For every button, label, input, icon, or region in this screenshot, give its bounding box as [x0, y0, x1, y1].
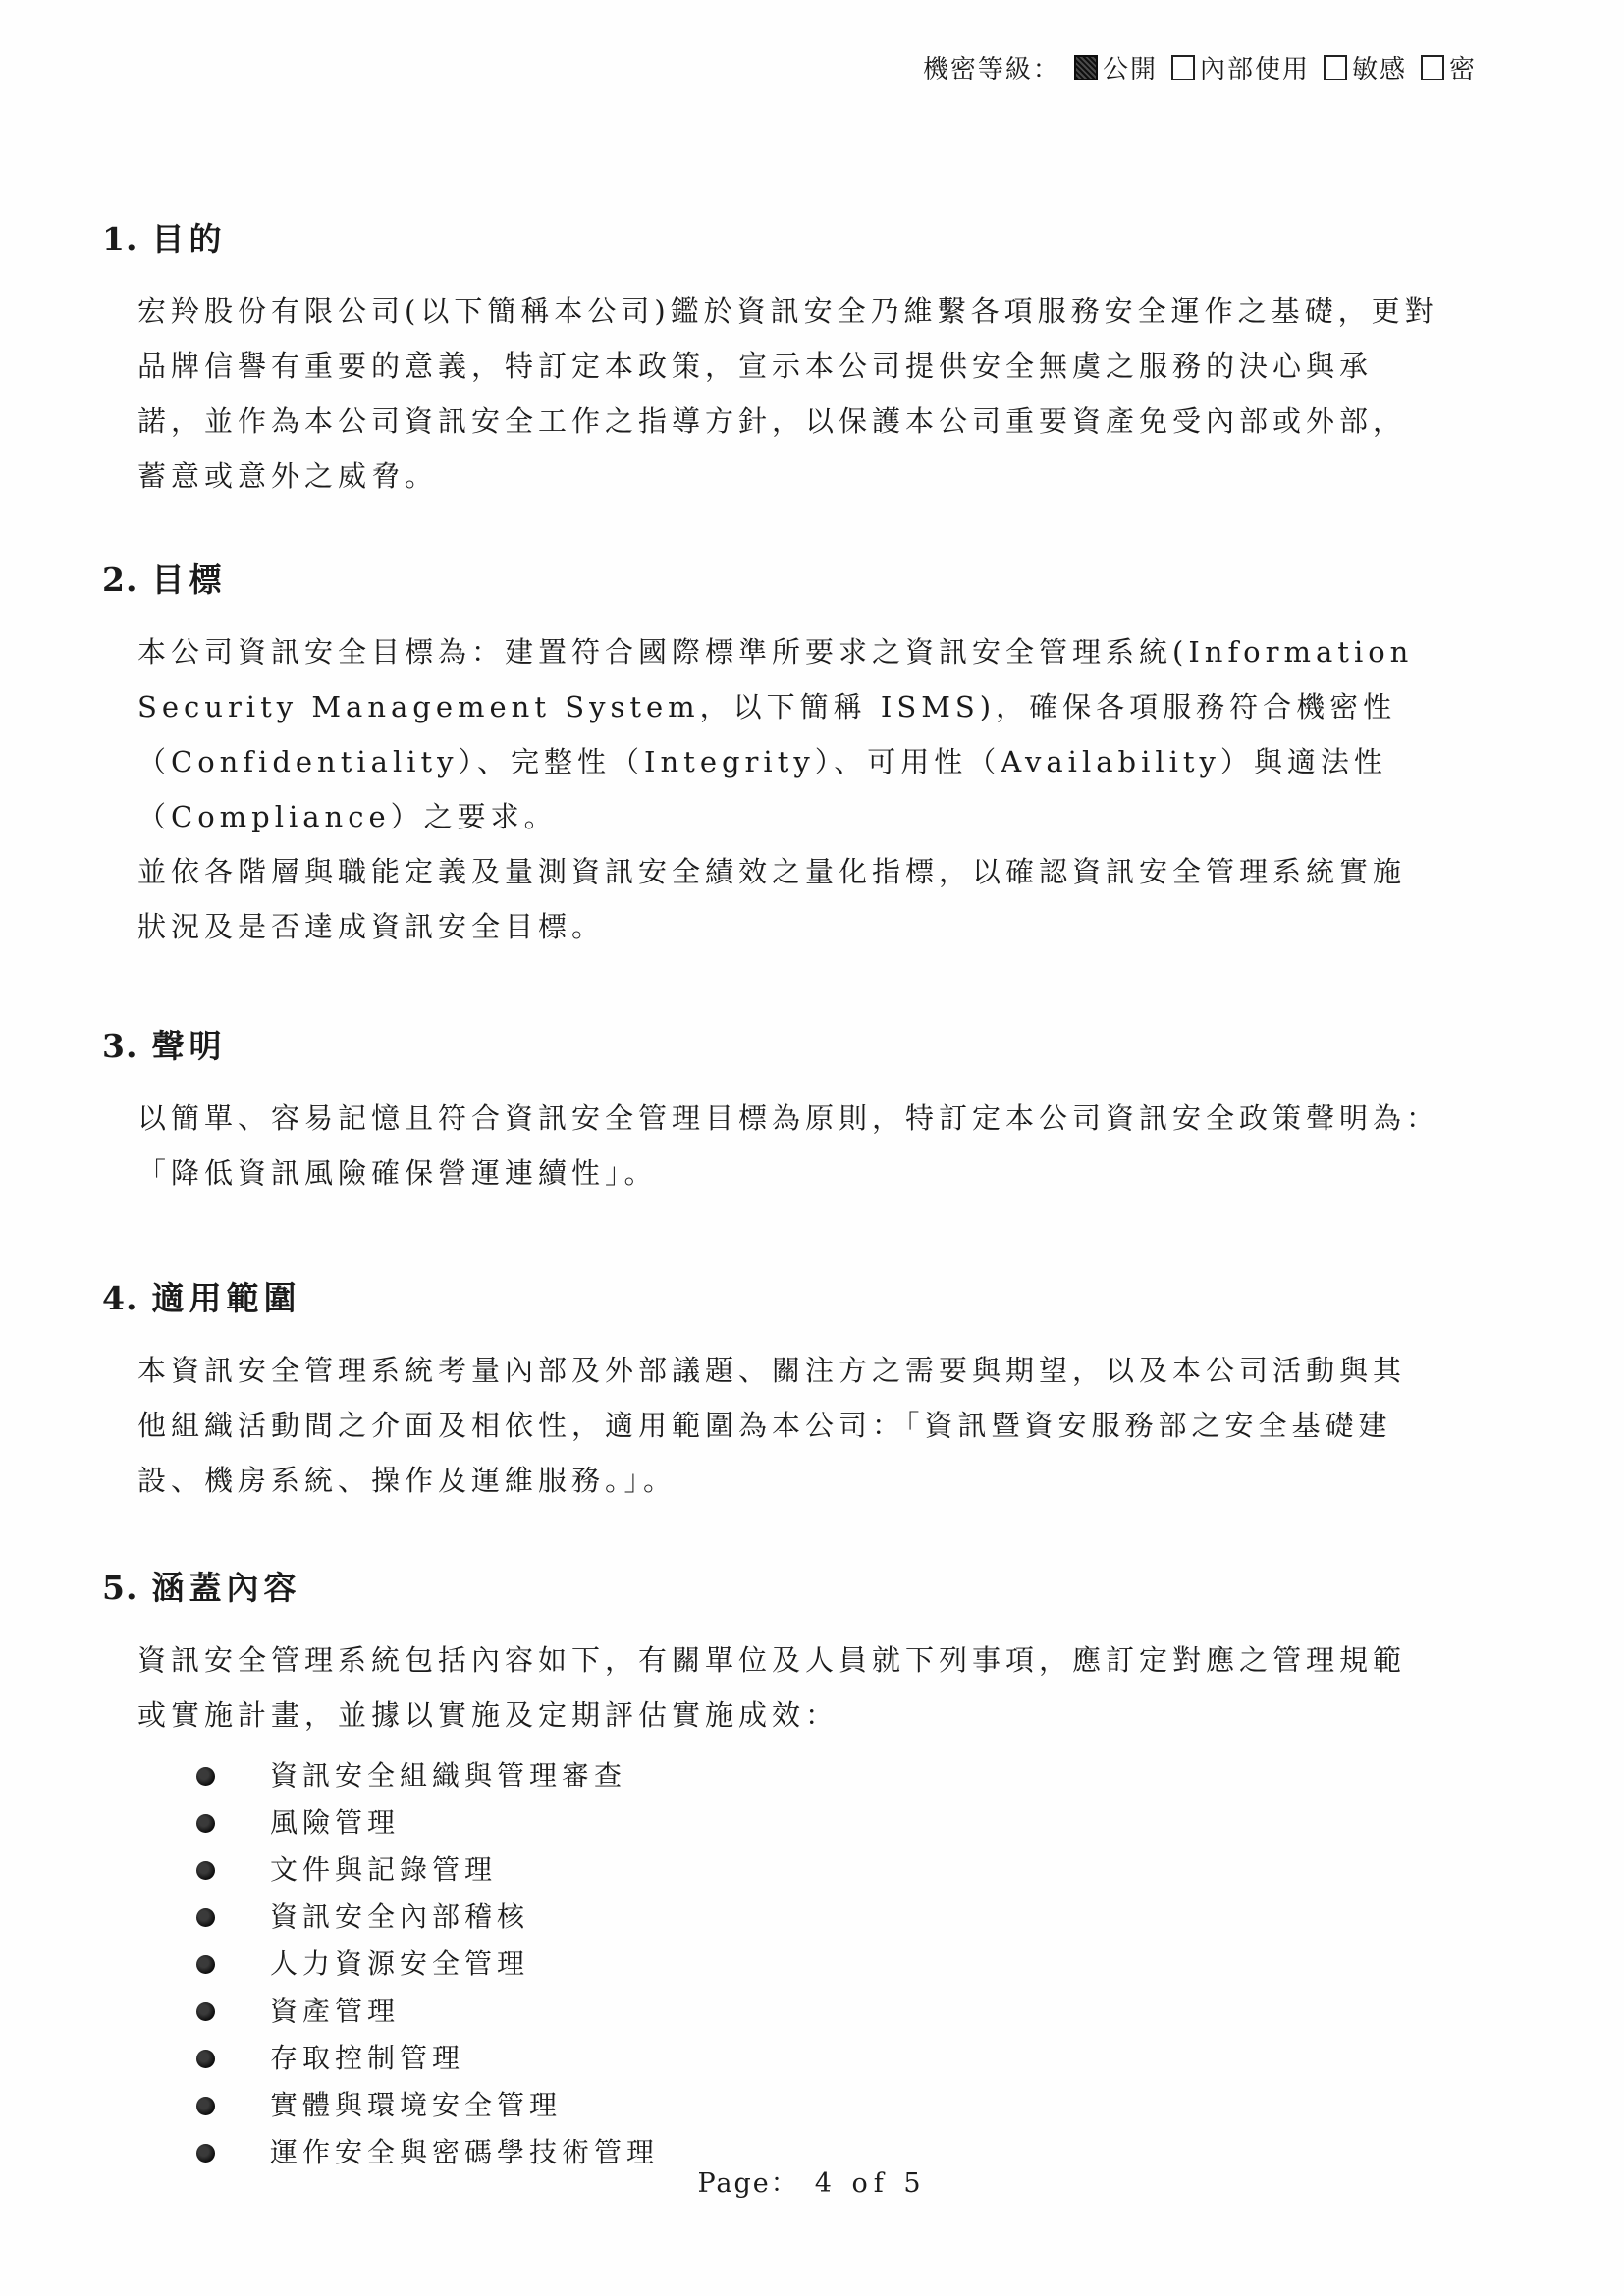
- section-purpose: 1.目的 宏羚股份有限公司(以下簡稱本公司)鑑於資訊安全乃維繫各項服務安全運作之…: [102, 214, 1526, 504]
- paragraph-line: 設、機房系統、操作及運維服務。」。: [137, 1453, 1526, 1508]
- section-paragraph: 本公司資訊安全目標為：建置符合國際標準所要求之資訊安全管理系統(Informat…: [137, 624, 1526, 954]
- page-footer: Page：4 of 5: [0, 2162, 1624, 2200]
- section-title-text: 適用範圍: [151, 1279, 300, 1317]
- classification-option-secret-label: 密: [1449, 49, 1477, 85]
- list-item: 資訊安全組織與管理審查: [196, 1752, 1526, 1799]
- classification-option-public: 公開: [1074, 49, 1158, 85]
- list-item: 實體與環境安全管理: [196, 2082, 1526, 2129]
- paragraph-line: （Confidentiality）、完整性（Integrity）、可用性（Ava…: [137, 734, 1526, 789]
- bullet-icon: [196, 1955, 215, 1974]
- checkbox-public-icon: [1074, 55, 1098, 80]
- section-number: 3.: [102, 1027, 137, 1065]
- section-paragraph: 本資訊安全管理系統考量內部及外部議題、關注方之需要與期望，以及本公司活動與其 他…: [137, 1343, 1526, 1508]
- checkbox-internal-icon: [1171, 55, 1195, 80]
- list-item: 存取控制管理: [196, 2035, 1526, 2082]
- document-page: 機密等級： 公開 內部使用 敏感 密 1.目的 宏羚股份有限公司(以下簡稱本公司…: [0, 0, 1624, 2296]
- section-objectives: 2.目標 本公司資訊安全目標為：建置符合國際標準所要求之資訊安全管理系統(Inf…: [102, 555, 1526, 954]
- paragraph-line: 本資訊安全管理系統考量內部及外部議題、關注方之需要與期望，以及本公司活動與其: [137, 1343, 1526, 1398]
- section-title: 2.目標: [102, 555, 1526, 601]
- paragraph-line: （Compliance）之要求。: [137, 789, 1526, 844]
- paragraph-line: 本公司資訊安全目標為：建置符合國際標準所要求之資訊安全管理系統(Informat…: [137, 624, 1526, 679]
- section-title: 5.涵蓋內容: [102, 1563, 1526, 1609]
- classification-option-internal-label: 內部使用: [1200, 49, 1310, 85]
- paragraph-line: 他組織活動間之介面及相依性，適用範圍為本公司：「資訊暨資安服務部之安全基礎建: [137, 1398, 1526, 1453]
- page-number: 4 of 5: [815, 2168, 927, 2199]
- section-scope: 4.適用範圍 本資訊安全管理系統考量內部及外部議題、關注方之需要與期望，以及本公…: [102, 1273, 1526, 1508]
- classification-option-secret: 密: [1421, 49, 1477, 85]
- paragraph-line: 或實施計畫，並據以實施及定期評估實施成效：: [137, 1687, 1526, 1742]
- section-statement: 3.聲明 以簡單、容易記憶且符合資訊安全管理目標為原則，特訂定本公司資訊安全政策…: [102, 1021, 1526, 1201]
- section-title-text: 目的: [151, 220, 226, 258]
- paragraph-line: 以簡單、容易記憶且符合資訊安全管理目標為原則，特訂定本公司資訊安全政策聲明為：: [137, 1091, 1526, 1146]
- paragraph-line: 「降低資訊風險確保營運連續性」。: [137, 1146, 1526, 1201]
- paragraph-line: 並依各階層與職能定義及量測資訊安全績效之量化指標，以確認資訊安全管理系統實施: [137, 844, 1526, 899]
- list-item: 資訊安全內部稽核: [196, 1894, 1526, 1941]
- section-number: 5.: [102, 1569, 137, 1607]
- classification-header: 機密等級： 公開 內部使用 敏感 密: [923, 49, 1477, 85]
- classification-label: 機密等級：: [923, 49, 1060, 85]
- paragraph-line: 品牌信譽有重要的意義，特訂定本政策，宣示本公司提供安全無虞之服務的決心與承: [137, 339, 1526, 394]
- list-item: 人力資源安全管理: [196, 1941, 1526, 1988]
- coverage-list: 資訊安全組織與管理審查 風險管理 文件與記錄管理 資訊安全內部稽核 人力資源安全…: [196, 1752, 1526, 2176]
- section-paragraph: 資訊安全管理系統包括內容如下，有關單位及人員就下列事項，應訂定對應之管理規範 或…: [137, 1632, 1526, 2176]
- page-label: Page：: [697, 2168, 798, 2199]
- paragraph-line: 資訊安全管理系統包括內容如下，有關單位及人員就下列事項，應訂定對應之管理規範: [137, 1632, 1526, 1687]
- list-item: 資產管理: [196, 1988, 1526, 2035]
- document-body: 1.目的 宏羚股份有限公司(以下簡稱本公司)鑑於資訊安全乃維繫各項服務安全運作之…: [102, 214, 1526, 2176]
- section-coverage: 5.涵蓋內容 資訊安全管理系統包括內容如下，有關單位及人員就下列事項，應訂定對應…: [102, 1563, 1526, 2176]
- bullet-icon: [196, 1908, 215, 1927]
- paragraph-line: Security Management System，以下簡稱 ISMS)，確保…: [137, 679, 1526, 734]
- classification-option-sensitive-label: 敏感: [1352, 49, 1407, 85]
- section-paragraph: 以簡單、容易記憶且符合資訊安全管理目標為原則，特訂定本公司資訊安全政策聲明為： …: [137, 1091, 1526, 1201]
- section-paragraph: 宏羚股份有限公司(以下簡稱本公司)鑑於資訊安全乃維繫各項服務安全運作之基礎，更對…: [137, 284, 1526, 504]
- list-item: 風險管理: [196, 1799, 1526, 1846]
- bullet-icon: [196, 1767, 215, 1786]
- checkbox-sensitive-icon: [1324, 55, 1347, 80]
- section-title: 3.聲明: [102, 1021, 1526, 1067]
- bullet-icon: [196, 2144, 215, 2163]
- paragraph-line: 狀況及是否達成資訊安全目標。: [137, 899, 1526, 954]
- classification-option-sensitive: 敏感: [1324, 49, 1407, 85]
- bullet-icon: [196, 1814, 215, 1833]
- section-number: 4.: [102, 1279, 137, 1317]
- paragraph-line: 蓄意或意外之威脅。: [137, 449, 1526, 504]
- bullet-icon: [196, 2050, 215, 2068]
- list-item: 文件與記錄管理: [196, 1846, 1526, 1894]
- bullet-icon: [196, 2002, 215, 2021]
- section-number: 1.: [102, 220, 137, 258]
- section-title-text: 聲明: [151, 1027, 226, 1065]
- paragraph-line: 諾，並作為本公司資訊安全工作之指導方針，以保護本公司重要資產免受內部或外部，: [137, 394, 1526, 449]
- classification-option-public-label: 公開: [1103, 49, 1158, 85]
- section-number: 2.: [102, 561, 137, 599]
- classification-option-internal: 內部使用: [1171, 49, 1310, 85]
- bullet-icon: [196, 1861, 215, 1880]
- section-title: 4.適用範圍: [102, 1273, 1526, 1319]
- bullet-icon: [196, 2097, 215, 2115]
- section-title: 1.目的: [102, 214, 1526, 260]
- checkbox-secret-icon: [1421, 55, 1444, 80]
- section-title-text: 涵蓋內容: [151, 1569, 300, 1607]
- section-title-text: 目標: [151, 561, 226, 599]
- paragraph-line: 宏羚股份有限公司(以下簡稱本公司)鑑於資訊安全乃維繫各項服務安全運作之基礎，更對: [137, 284, 1526, 339]
